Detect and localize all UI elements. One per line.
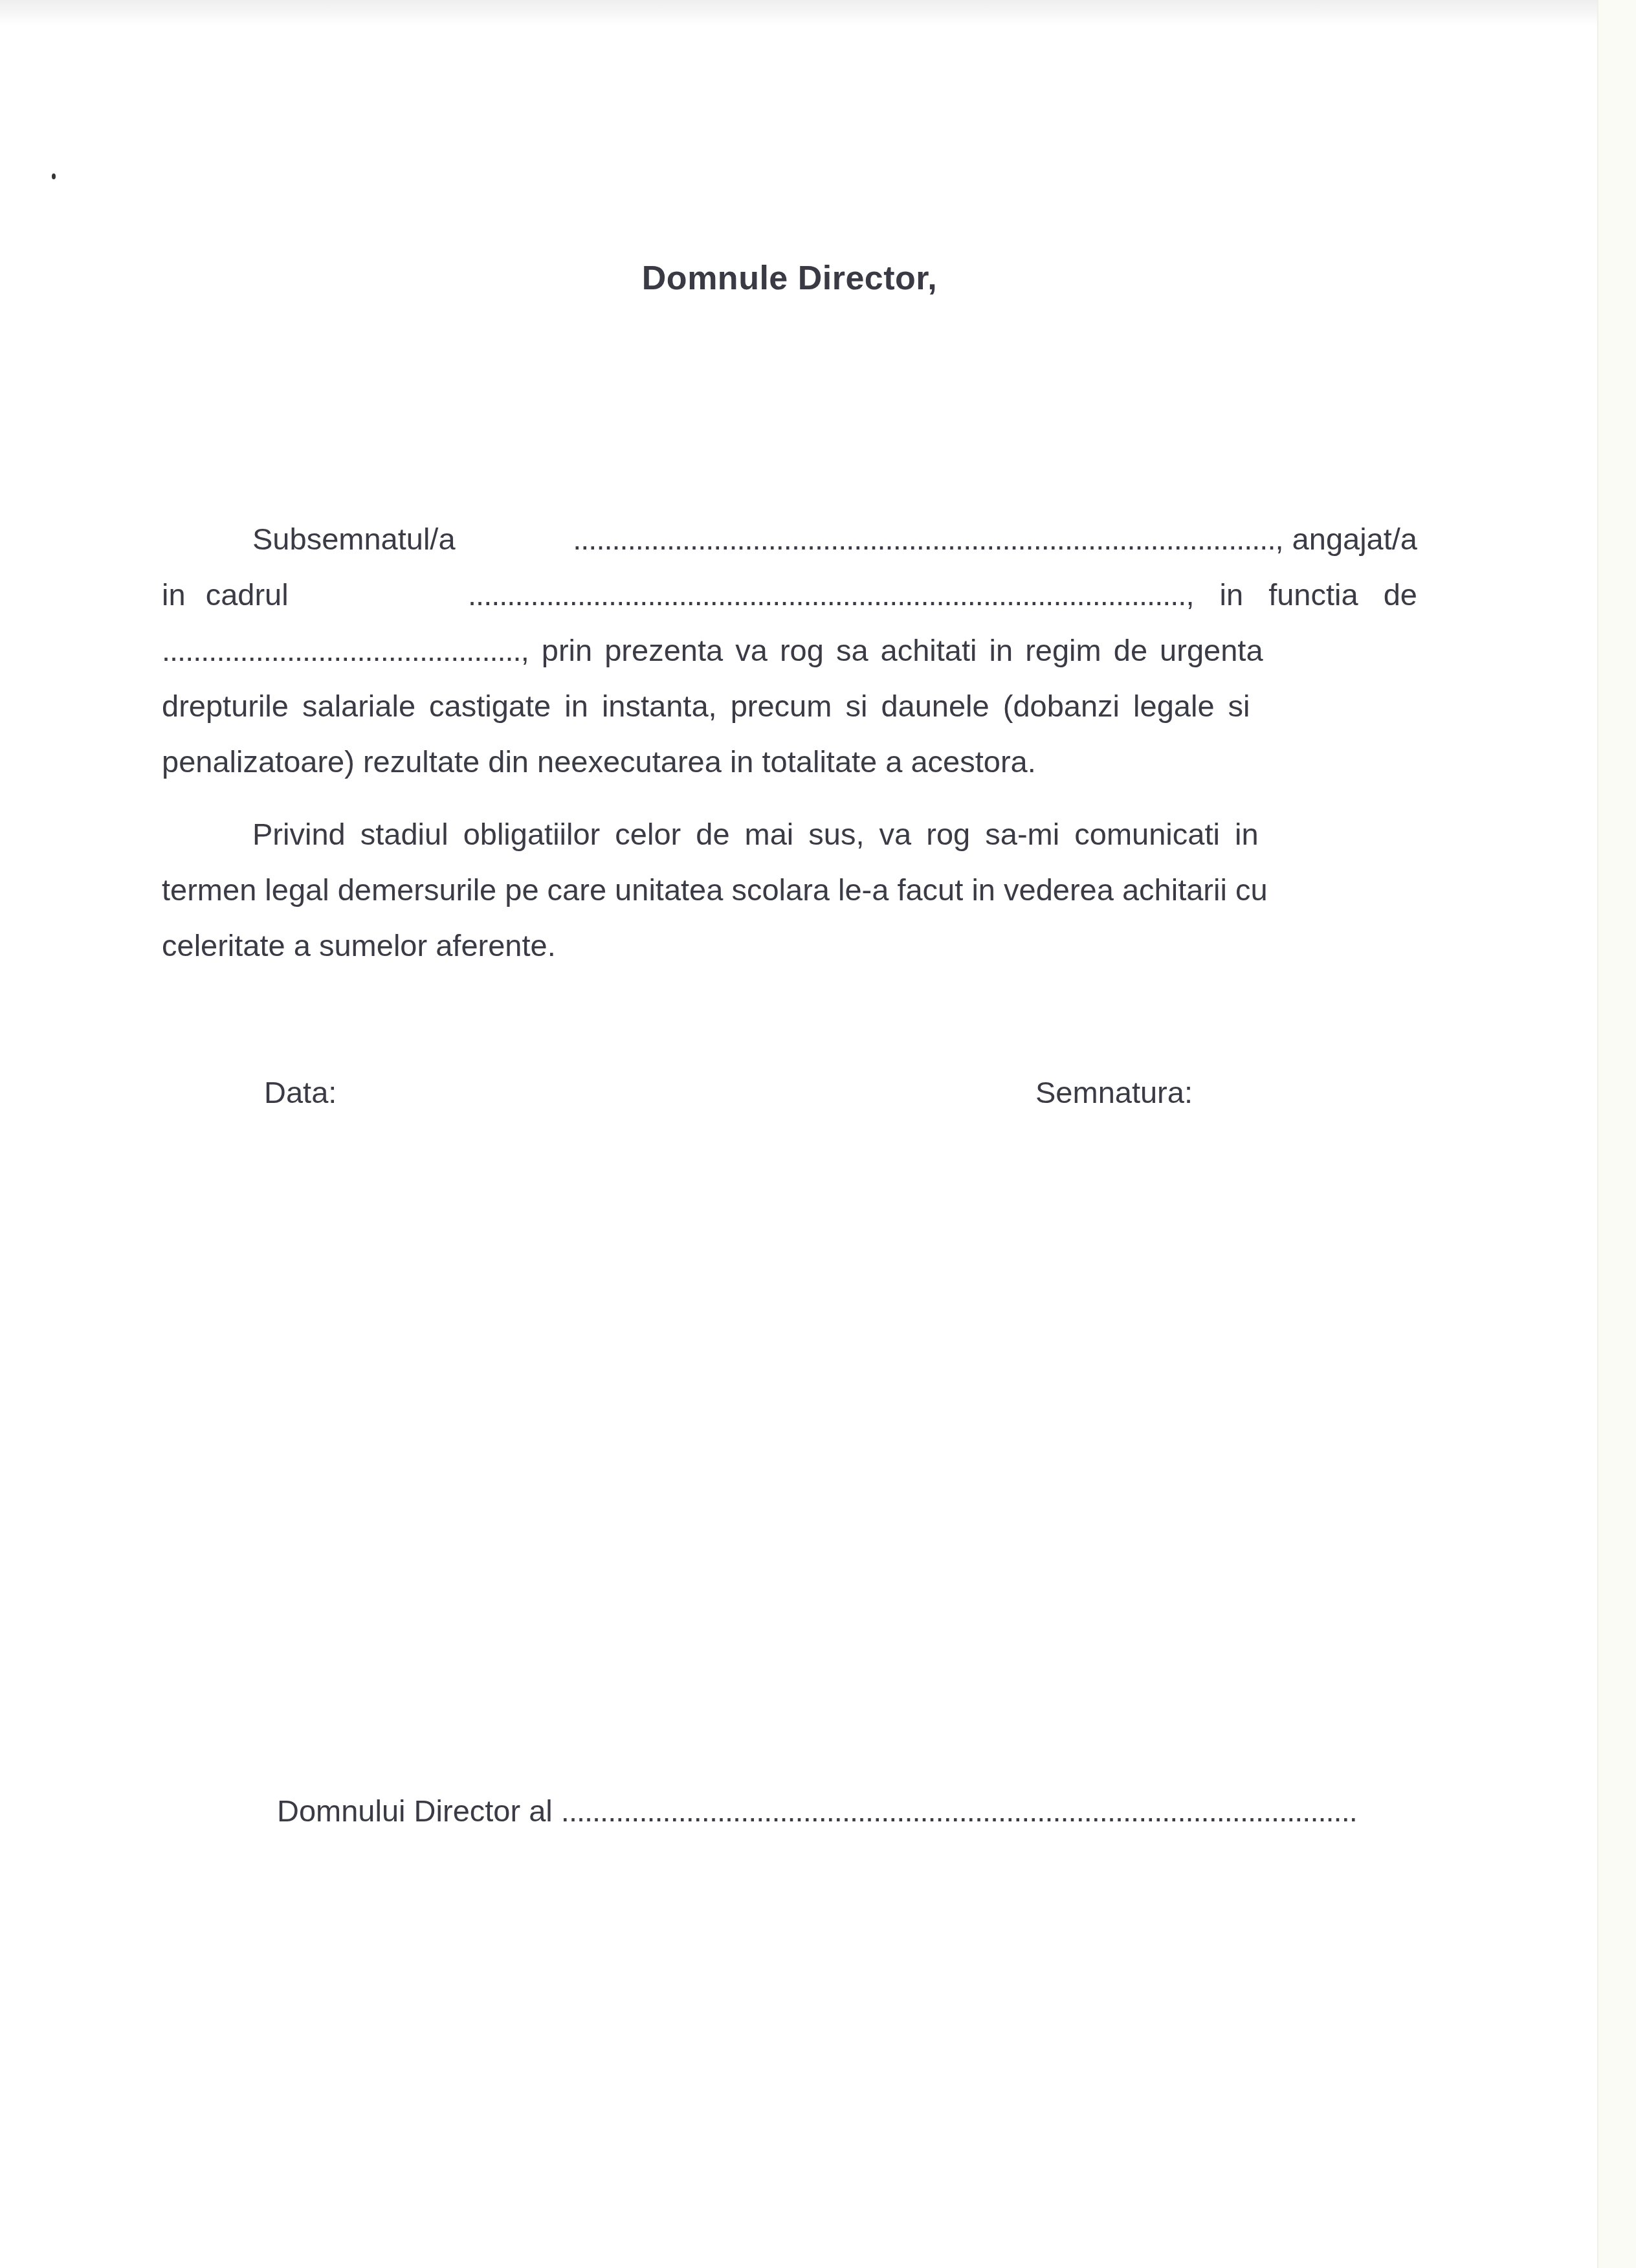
signature-label: Semnatura: <box>1035 1074 1193 1110</box>
addressee-label: Domnului Director al <box>277 1794 553 1828</box>
body-line: drepturile salariale castigate in instan… <box>162 678 1417 734</box>
school-fill-field[interactable]: ........................................… <box>561 1794 1357 1828</box>
scan-page-edge <box>1597 0 1636 2268</box>
body-line-position: ........................................… <box>162 623 1417 678</box>
body-line: celeritate a sumelor aferente. <box>162 918 1417 973</box>
body-line: Privind stadiul obligatiilor celor de ma… <box>162 806 1417 862</box>
addressee-line: Domnului Director al ...................… <box>277 1793 1357 1829</box>
position-label: , in functia de <box>1186 567 1417 623</box>
request-body: Subsemnatul/a ..........................… <box>162 511 1417 973</box>
request-text: , prin prezenta va rog sa achitati in re… <box>521 623 1263 678</box>
body-line-institution: in cadrul ..............................… <box>162 567 1417 623</box>
body-line: termen legal demersurile pe care unitate… <box>162 862 1417 918</box>
scan-speck <box>52 173 56 179</box>
body-line-name: Subsemnatul/a ..........................… <box>162 511 1417 567</box>
body-line: penalizatoare) rezultate din neexecutare… <box>162 734 1417 790</box>
name-fill-field[interactable]: ........................................… <box>573 511 1275 567</box>
employed-label: , angajat/a <box>1275 511 1417 567</box>
position-fill-field[interactable]: ........................................… <box>162 623 521 678</box>
institution-fill-field[interactable]: ........................................… <box>468 567 1186 623</box>
name-label: Subsemnatul/a <box>252 511 456 567</box>
date-label: Data: <box>264 1074 337 1110</box>
institution-label: in cadrul <box>162 567 289 623</box>
page-title: Domnule Director, <box>0 259 1579 298</box>
scan-shadow-top <box>0 0 1636 26</box>
